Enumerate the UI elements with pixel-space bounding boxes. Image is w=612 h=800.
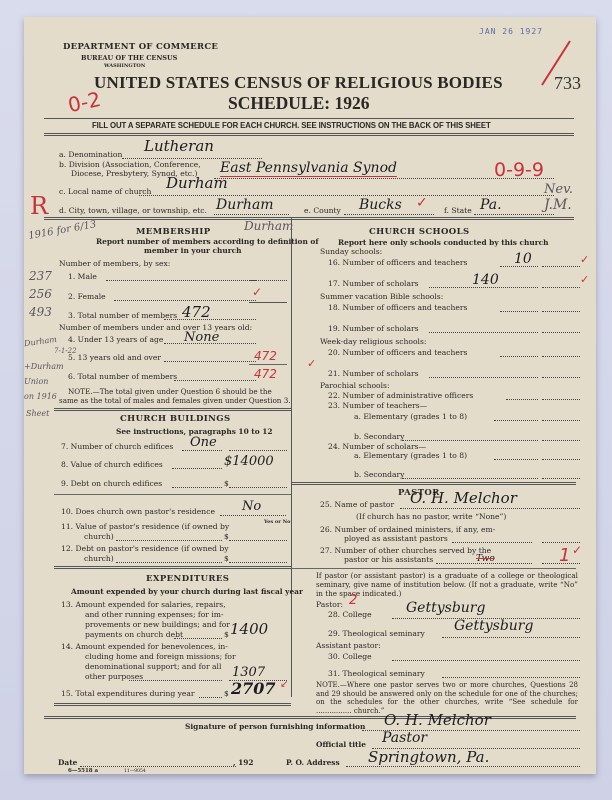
q18-line (500, 311, 538, 312)
red-arrow-mark: ↙ (280, 679, 288, 690)
margin-note-side-4: Union (24, 377, 48, 386)
q26-label-2: ployed as assistant pastors (344, 534, 448, 543)
q13-label-1: 13. Amount expended for salaries, repair… (61, 600, 226, 609)
church-schools-heading: CHURCH SCHOOLS (369, 227, 470, 237)
margin-note-durham-top: Durham (244, 219, 293, 233)
q8-value[interactable]: $14000 (224, 454, 274, 469)
margin-note-side-6: Sheet (26, 409, 49, 418)
q27-label-2: pastor or his assistants (344, 555, 433, 564)
official-title-value[interactable]: Pastor (382, 730, 427, 746)
section-rule (44, 217, 574, 220)
summer-schools-label: Summer vacation Bible schools: (320, 292, 443, 301)
q6-num: 6. (68, 372, 75, 381)
q21-label: 21. Number of scholars (328, 369, 419, 378)
q1-num: 1. (68, 272, 75, 281)
q6-line (174, 380, 256, 381)
q13-line (174, 638, 222, 639)
q1-text: Male (78, 272, 97, 281)
membership-note: NOTE.—The total given under Question 6 s… (68, 387, 272, 396)
division-value[interactable]: East Pennsylvania Synod (220, 160, 397, 177)
q11-answer-line (229, 540, 287, 541)
schools-bottom-rule (291, 482, 576, 485)
q22-num: 22. (328, 391, 340, 400)
division-label: b. Division (Association, Conference, (59, 160, 201, 169)
q25-hint: (If church has no pastor, write “None”) (356, 512, 506, 521)
q7-line (182, 450, 222, 451)
q10-value[interactable]: No (242, 499, 261, 514)
q10-line (220, 515, 286, 516)
q14-line (129, 680, 222, 681)
q21-line (429, 377, 538, 378)
q3-total-label: 3. Total number of members (68, 311, 177, 320)
q7-text: Number of church edifices (71, 442, 174, 451)
q15-currency: $ (224, 689, 229, 698)
instructions-banner: FILL OUT A SEPARATE SCHEDULE FOR EACH CH… (92, 121, 491, 130)
margin-note-side-1: Durham (24, 335, 57, 348)
city-label: d. City, town, village, or township, etc… (59, 206, 207, 215)
q17-answer-line (542, 287, 580, 288)
department-name: DEPARTMENT OF COMMERCE (63, 42, 218, 52)
parochial-schools-label: Parochial schools: (320, 381, 390, 390)
document-title: UNITED STATES CENSUS OF RELIGIOUS BODIES (94, 73, 503, 93)
sunday-schools-label: Sunday schools: (320, 247, 382, 256)
q23b-line (402, 440, 538, 441)
q4-label: 4. Under 13 years of age (68, 335, 163, 344)
state-label: f. State (444, 206, 472, 215)
church-schools-subheading: Report here only schools conducted by th… (338, 238, 549, 247)
q30-line (392, 660, 580, 661)
county-value[interactable]: Bucks (359, 197, 402, 213)
q24a-text: Elementary (grades 1 to 8) (363, 451, 467, 460)
red-check-county: ✓ (416, 195, 428, 211)
q13-label-3: provements or new buildings; and for (85, 620, 230, 629)
date-label: Date (58, 758, 77, 767)
membership-heading: MEMBERSHIP (136, 227, 211, 237)
buildings-bottom-rule (54, 566, 291, 569)
q23b-answer-line (542, 440, 580, 441)
q25-label: 25. Name of pastor (320, 500, 394, 509)
received-date-stamp: JAN 26 1927 (479, 27, 543, 36)
q23a-num: a. (354, 412, 361, 421)
city-line (214, 214, 289, 215)
q12-line (116, 562, 222, 563)
red-code-right: 0-9-9 (494, 159, 544, 181)
q4-text: Under 13 years of age (78, 335, 164, 344)
form-code: 6—5518 a (68, 768, 98, 774)
q19-line (429, 332, 538, 333)
q7-label: 7. Number of church edifices (61, 442, 173, 451)
q23b-num: b. (354, 432, 361, 441)
q19-num: 19. (328, 324, 340, 333)
q10-num: 10. (61, 507, 73, 516)
q5-line (164, 361, 256, 362)
red-code-top: 0-2 (66, 87, 103, 117)
red-check-q17: ✓ (580, 273, 589, 286)
q31-line (442, 677, 580, 678)
q24-num: 24. (328, 442, 340, 451)
q5-num: 5. (68, 353, 75, 362)
q19-label: 19. Number of scholars (328, 324, 419, 333)
po-address-label: P. O. Address (286, 758, 340, 767)
margin-note-total-1916: 493 (29, 305, 52, 319)
margin-mark-r: R (30, 192, 48, 220)
q2-num: 2. (68, 292, 75, 301)
q15-label: 15. Total expenditures during year (61, 689, 195, 698)
q23a-answer-line (542, 420, 580, 421)
q20-line (500, 356, 538, 357)
q7-num: 7. (61, 442, 68, 451)
q28-label: 28. College (328, 610, 372, 619)
q4-num: 4. (68, 335, 75, 344)
q9-label: 9. Debt on church edifices (61, 479, 162, 488)
q2-text: Female (78, 292, 106, 301)
q30-label: 30. College (328, 652, 372, 661)
q7-value[interactable]: One (190, 435, 217, 450)
q1-answer-line (249, 280, 287, 281)
q24-label: 24. Number of scholars— (328, 442, 426, 451)
q13-currency: $ (224, 630, 229, 639)
q22-answer-line (542, 399, 580, 400)
q23-label: 23. Number of teachers— (328, 401, 427, 410)
q29-label: 29. Theological seminary (328, 629, 425, 638)
q6-text: Total number of members (78, 372, 177, 381)
schedule-year: SCHEDULE: 1926 (228, 93, 369, 114)
q11-label: 11. Value of pastor's residence (if owne… (61, 522, 229, 531)
q24b-answer-line (542, 478, 580, 479)
q8-line (172, 468, 222, 469)
signature-value[interactable]: O. H. Melchor (384, 711, 491, 729)
local-name-label: c. Local name of church (59, 187, 151, 196)
q11-label-2: church) (84, 532, 114, 541)
q9-answer-line (229, 487, 287, 488)
q24-text: Number of scholars— (343, 442, 427, 451)
q20-text: Number of officers and teachers (343, 348, 468, 357)
q16-value[interactable]: 10 (514, 251, 532, 267)
members-by-sex-label: Number of members, by sex: (59, 259, 170, 268)
q17-num: 17. (328, 279, 340, 288)
q21-num: 21. (328, 369, 340, 378)
signature-label: Signature of person furnishing informati… (185, 722, 365, 731)
pastor-red-mark: 2 (349, 593, 357, 608)
q23-text: Number of teachers— (343, 401, 428, 410)
q19-answer-line (542, 332, 580, 333)
form-number: 733 (554, 73, 581, 94)
q16-text: Number of officers and teachers (343, 258, 468, 267)
q24a-line (494, 459, 538, 460)
q17-value[interactable]: 140 (472, 272, 499, 288)
q18-answer-line (542, 311, 580, 312)
official-title-label: Official title (316, 740, 366, 749)
q15-value[interactable]: 2707 (231, 679, 276, 698)
pastor-divider (291, 568, 576, 569)
q25-value[interactable]: O. H. Melchor (410, 489, 517, 507)
q20-num: 20. (328, 348, 340, 357)
red-check-q27: ✓ (572, 543, 582, 557)
margin-note-female-1916: 256 (29, 287, 52, 301)
po-address-line (346, 766, 580, 767)
red-check-female: ✓ (252, 285, 262, 299)
q24a-label: a. Elementary (grades 1 to 8) (354, 451, 467, 460)
church-buildings-heading: CHURCH BUILDINGS (120, 414, 231, 424)
q23a-label: a. Elementary (grades 1 to 8) (354, 412, 467, 421)
q8-num: 8. (61, 460, 68, 469)
q14-label-2: cluding home and foreign missions; for (85, 652, 236, 661)
banner-top-rule (44, 118, 574, 119)
q29-line (442, 637, 580, 638)
q8-label: 8. Value of church edifices (61, 460, 163, 469)
yes-no-hint: Yes or No (264, 519, 291, 525)
q11-line (116, 540, 222, 541)
q25-line (400, 508, 580, 509)
q3-num: 3. (68, 311, 75, 320)
q23a-text: Elementary (grades 1 to 8) (363, 412, 467, 421)
print-code: 11—9054 (124, 769, 146, 774)
city-value[interactable]: Durham (216, 197, 274, 213)
q18-label: 18. Number of officers and teachers (328, 303, 467, 312)
red-check-q16: ✓ (580, 253, 589, 266)
q24b-label: b. Secondary (354, 470, 404, 479)
q27-struck-value: Two (476, 554, 495, 564)
q2-answer-line (249, 302, 287, 303)
q18-num: 18. (328, 303, 340, 312)
q17-text: Number of scholars (343, 279, 419, 288)
q4-value[interactable]: None (184, 330, 219, 345)
q21-answer-line (542, 377, 580, 378)
q17-label: 17. Number of scholars (328, 279, 419, 288)
q20-answer-line (542, 356, 580, 357)
column-divider (291, 217, 292, 697)
po-address-value[interactable]: Springtown, Pa. (368, 748, 489, 766)
q5-answer-line (249, 364, 287, 365)
q9-line (172, 487, 222, 488)
q24b-num: b. (354, 470, 361, 479)
banner-bottom-rule (44, 133, 574, 136)
q5-text: 13 years old and over (78, 353, 161, 362)
q3-total-value[interactable]: 472 (182, 303, 211, 321)
q7-answer-line (229, 450, 287, 451)
buildings-divider (54, 494, 291, 495)
q24a-answer-line (542, 459, 580, 460)
q15-line (199, 697, 222, 698)
q10-text: Does church own pastor's residence (76, 507, 215, 516)
date-line (80, 766, 236, 767)
q16-label: 16. Number of officers and teachers (328, 258, 467, 267)
q23b-text: Secondary (364, 432, 405, 441)
q22-label: 22. Number of administrative officers (328, 391, 473, 400)
q8-text: Value of church edifices (71, 460, 163, 469)
date-year-prefix: , 192 (233, 758, 254, 767)
q9-num: 9. (61, 479, 68, 488)
margin-note-male-1916: 237 (29, 269, 52, 283)
footer-top-rule (44, 716, 576, 719)
pastor-sublabel: Pastor: (316, 600, 343, 609)
bureau-name: BUREAU OF THE CENSUS (81, 54, 177, 62)
denomination-line (122, 158, 262, 159)
margin-note-nev: Nev. (544, 182, 573, 197)
q12-label: 12. Debt on pastor's residence (if owned… (61, 544, 229, 553)
q22-line (506, 399, 538, 400)
local-name-value[interactable]: Durham (166, 174, 228, 192)
q26-label-1: 26. Number of ordained ministers, if any… (320, 525, 495, 534)
q19-text: Number of scholars (343, 324, 419, 333)
q10-label: 10. Does church own pastor's residence (61, 507, 215, 516)
county-line (344, 214, 434, 215)
q27-label-1: 27. Number of other churches served by t… (320, 546, 491, 555)
membership-subheading-2: member in your church (144, 246, 242, 255)
q13-value[interactable]: 1400 (230, 620, 268, 638)
q24b-line (402, 478, 538, 479)
state-line (474, 214, 554, 215)
q28-value[interactable]: Gettysburg (406, 600, 485, 616)
local-name-line (139, 195, 554, 196)
denomination-value[interactable]: Lutheran (144, 137, 214, 155)
q13-label-2: and other running expenses; for im- (85, 610, 224, 619)
q21-text: Number of scholars (343, 369, 419, 378)
membership-note-2: same as the total of males and females g… (59, 396, 291, 405)
q26-line (452, 542, 532, 543)
q16-answer-line (542, 266, 580, 267)
margin-note-side-3: +Durham (24, 362, 64, 371)
state-value[interactable]: Pa. (480, 197, 502, 213)
q22-text: Number of administrative officers (343, 391, 474, 400)
members-by-age-label: Number of members under and over 13 year… (59, 323, 252, 332)
q6-value[interactable]: 472 (254, 367, 277, 381)
weekday-schools-label: Week-day religious schools: (320, 337, 426, 346)
q2-female-label: 2. Female (68, 292, 106, 301)
expenditures-heading: EXPENDITURES (146, 574, 229, 584)
q16-num: 16. (328, 258, 340, 267)
q23-num: 23. (328, 401, 340, 410)
q12-answer-line (229, 562, 287, 563)
county-label: e. County (304, 206, 341, 215)
bureau-city: WASHINGTON (104, 63, 145, 69)
q13-label-4: payments on church debt (85, 630, 183, 639)
margin-note-side-5: on 1916 (24, 392, 57, 401)
expenditures-bottom-rule (54, 703, 291, 706)
q31-label: 31. Theological seminary (328, 669, 425, 678)
q20-label: 20. Number of officers and teachers (328, 348, 467, 357)
q14-value[interactable]: 1307 (232, 665, 265, 680)
membership-bottom-rule (54, 408, 291, 411)
q2-line (114, 300, 256, 301)
q24b-text: Secondary (364, 470, 405, 479)
q3-text: Total number of members (78, 311, 177, 320)
q14-label-3: denominational support; and for all (85, 662, 221, 671)
membership-subheading: Report number of members according to de… (96, 237, 319, 246)
q1-line (106, 280, 256, 281)
q6-label: 6. Total number of members (68, 372, 177, 381)
census-schedule-sheet: DEPARTMENT OF COMMERCE BUREAU OF THE CEN… (24, 17, 596, 774)
margin-note-1916: 1916 for 6/13 (28, 219, 98, 242)
assistant-pastor-label: Assistant pastor: (316, 641, 381, 650)
q9-text: Debt on church edifices (71, 479, 163, 488)
q23b-label: b. Secondary (354, 432, 404, 441)
margin-note-jm: J.M. (544, 197, 572, 213)
q18-text: Number of officers and teachers (343, 303, 468, 312)
denomination-label: a. Denomination (59, 150, 122, 159)
q5-label: 5. 13 years old and over (68, 353, 161, 362)
q12-num: 12. (61, 544, 73, 553)
q1-male-label: 1. Male (68, 272, 97, 281)
q27-value[interactable]: 1 (559, 545, 570, 566)
q24a-num: a. (354, 451, 361, 460)
q23a-line (494, 420, 538, 421)
q29-value[interactable]: Gettysburg (454, 618, 533, 634)
expenditures-subheading: Amount expended by your church during la… (71, 587, 303, 596)
red-check-q21: ✓ (307, 357, 316, 370)
q5-value[interactable]: 472 (254, 349, 277, 363)
q14-label-1: 14. Amount expended for benevolences, in… (61, 642, 228, 651)
q12-label-2: church) (84, 554, 114, 563)
q11-num: 11. (61, 522, 73, 531)
